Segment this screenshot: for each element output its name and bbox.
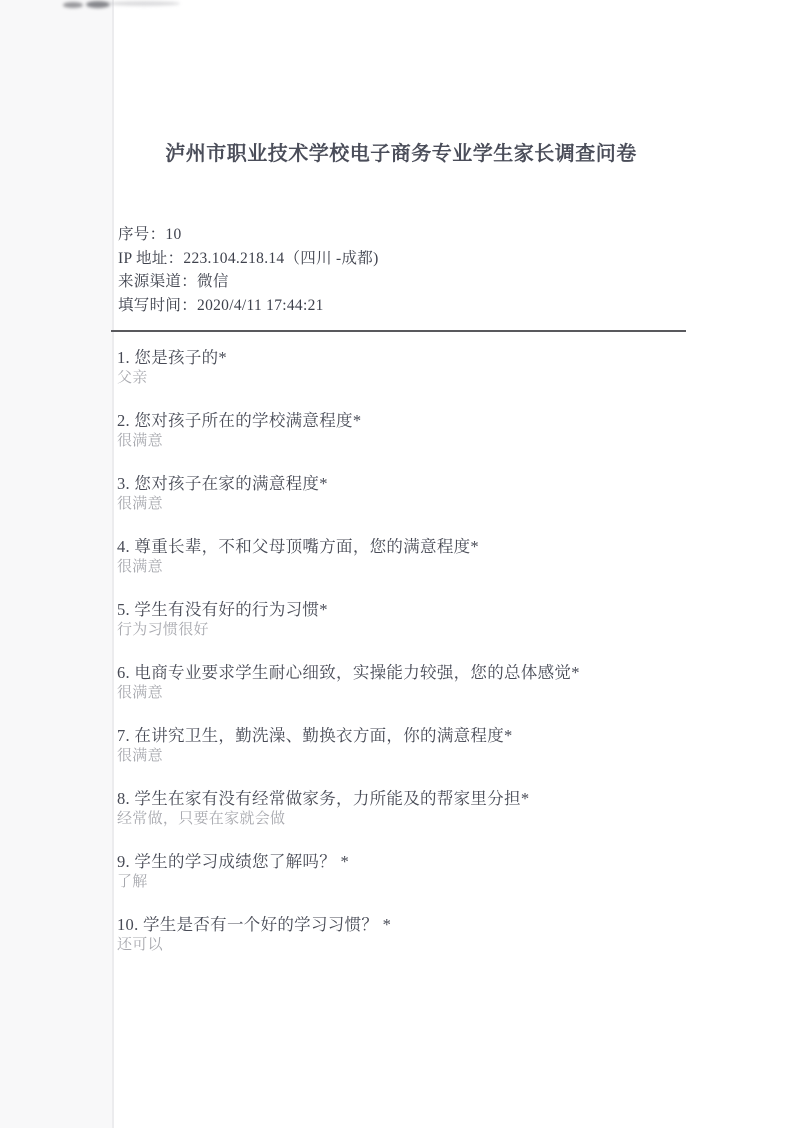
answer-text: 父亲 <box>117 368 697 388</box>
meta-serial: 序号：10 <box>118 223 379 247</box>
scan-artifact-smudge <box>63 2 83 8</box>
meta-value: 2020/4/11 17:44:21 <box>197 297 324 314</box>
question-label: 您对孩子在家的满意程度* <box>134 474 327 493</box>
question-number: 1. <box>117 348 130 367</box>
answer-text: 很满意 <box>117 683 697 703</box>
question-number: 5. <box>117 600 130 619</box>
section-divider <box>111 330 686 332</box>
question-text: 1. 您是孩子的* <box>117 347 697 368</box>
question-label: 学生在家有没有经常做家务，力所能及的帮家里分担* <box>134 789 529 808</box>
question-number: 8. <box>117 789 130 808</box>
meta-value: 223.104.218.14（四川 -成都) <box>183 250 378 267</box>
question-label: 电商专业要求学生耐心细致，实操能力较强，您的总体感觉* <box>134 663 579 682</box>
meta-source: 来源渠道：微信 <box>118 270 379 294</box>
question-item: 3. 您对孩子在家的满意程度* 很满意 <box>117 473 697 514</box>
question-item: 4. 尊重长辈，不和父母顶嘴方面，您的满意程度* 很满意 <box>117 536 697 577</box>
question-item: 5. 学生有没有好的行为习惯* 行为习惯很好 <box>117 599 697 640</box>
question-text: 2. 您对孩子所在的学校满意程度* <box>117 410 697 431</box>
question-number: 9. <box>117 852 130 871</box>
question-label: 在讲究卫生，勤洗澡、勤换衣方面，你的满意程度* <box>134 726 512 745</box>
question-list: 1. 您是孩子的* 父亲 2. 您对孩子所在的学校满意程度* 很满意 3. 您对… <box>117 347 697 977</box>
question-item: 1. 您是孩子的* 父亲 <box>117 347 697 388</box>
question-label: 您对孩子所在的学校满意程度* <box>134 411 361 430</box>
meta-ip: IP 地址：223.104.218.14（四川 -成都) <box>118 247 379 271</box>
scan-page-edge <box>0 0 114 1128</box>
question-text: 6. 电商专业要求学生耐心细致，实操能力较强，您的总体感觉* <box>117 662 697 683</box>
meta-label: IP 地址： <box>118 250 183 267</box>
question-item: 10. 学生是否有一个好的学习习惯？ * 还可以 <box>117 914 697 955</box>
meta-time: 填写时间：2020/4/11 17:44:21 <box>118 294 379 318</box>
question-text: 4. 尊重长辈，不和父母顶嘴方面，您的满意程度* <box>117 536 697 557</box>
question-label: 学生有没有好的行为习惯* <box>134 600 327 619</box>
scan-artifact-smudge <box>108 1 180 6</box>
question-number: 7. <box>117 726 130 745</box>
scan-artifact-smudge <box>86 1 110 8</box>
meta-label: 填写时间： <box>118 297 197 314</box>
question-text: 8. 学生在家有没有经常做家务，力所能及的帮家里分担* <box>117 788 697 809</box>
survey-title: 泸州市职业技术学校电子商务专业学生家长调查问卷 <box>113 141 689 167</box>
question-text: 5. 学生有没有好的行为习惯* <box>117 599 697 620</box>
meta-value: 微信 <box>197 273 229 290</box>
answer-text: 行为习惯很好 <box>117 620 697 640</box>
question-number: 3. <box>117 474 130 493</box>
question-text: 10. 学生是否有一个好的学习习惯？ * <box>117 914 697 935</box>
response-metadata: 序号：10 IP 地址：223.104.218.14（四川 -成都) 来源渠道：… <box>118 223 379 317</box>
meta-label: 来源渠道： <box>118 273 197 290</box>
question-label: 学生的学习成绩您了解吗？ * <box>134 852 349 871</box>
scanned-survey-page: 泸州市职业技术学校电子商务专业学生家长调查问卷 序号：10 IP 地址：223.… <box>0 0 792 1128</box>
question-label: 尊重长辈，不和父母顶嘴方面，您的满意程度* <box>134 537 479 556</box>
question-item: 7. 在讲究卫生，勤洗澡、勤换衣方面，你的满意程度* 很满意 <box>117 725 697 766</box>
answer-text: 经常做，只要在家就会做 <box>117 809 697 829</box>
question-label: 学生是否有一个好的学习习惯？ * <box>143 915 391 934</box>
meta-value: 10 <box>165 226 181 243</box>
answer-text: 很满意 <box>117 494 697 514</box>
question-text: 9. 学生的学习成绩您了解吗？ * <box>117 851 697 872</box>
answer-text: 很满意 <box>117 557 697 577</box>
question-number: 10. <box>117 915 139 934</box>
question-text: 7. 在讲究卫生，勤洗澡、勤换衣方面，你的满意程度* <box>117 725 697 746</box>
answer-text: 很满意 <box>117 746 697 766</box>
answer-text: 很满意 <box>117 431 697 451</box>
meta-label: 序号： <box>118 226 165 243</box>
question-item: 2. 您对孩子所在的学校满意程度* 很满意 <box>117 410 697 451</box>
question-number: 4. <box>117 537 130 556</box>
answer-text: 了解 <box>117 872 697 892</box>
answer-text: 还可以 <box>117 935 697 955</box>
question-number: 2. <box>117 411 130 430</box>
question-item: 8. 学生在家有没有经常做家务，力所能及的帮家里分担* 经常做，只要在家就会做 <box>117 788 697 829</box>
question-item: 9. 学生的学习成绩您了解吗？ * 了解 <box>117 851 697 892</box>
question-label: 您是孩子的* <box>134 348 227 367</box>
question-item: 6. 电商专业要求学生耐心细致，实操能力较强，您的总体感觉* 很满意 <box>117 662 697 703</box>
question-number: 6. <box>117 663 130 682</box>
question-text: 3. 您对孩子在家的满意程度* <box>117 473 697 494</box>
